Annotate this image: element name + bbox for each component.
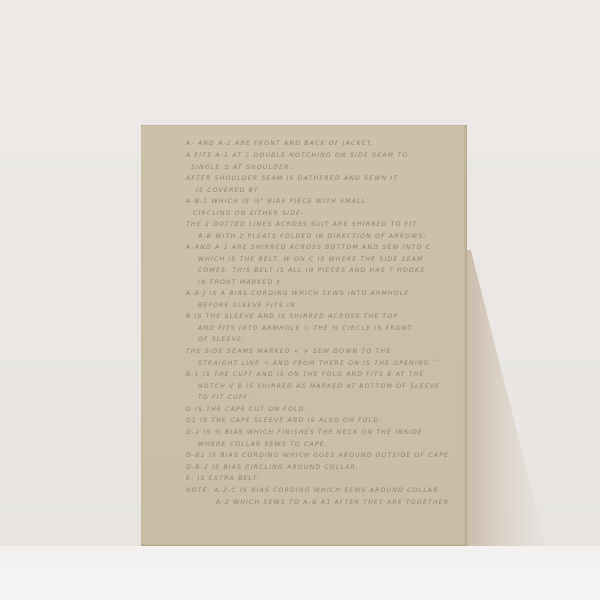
text-line: D IS THE CAPE CUT ON FOLD.: [186, 406, 308, 414]
text-line: D-B-2 IS BIAS CIRCLING AROUND COLLAR.: [186, 464, 359, 472]
text-line: WHERE COLLAR SEWS TO CAPE.: [198, 441, 328, 449]
floor-surface: [0, 546, 600, 600]
text-line: AND FITS INTO ARMHOLE ⊃ THE ½ CIRCLE IS …: [198, 325, 413, 333]
text-line: THE SIDE SEAMS MARKED < > SEW DOWN TO TH…: [186, 348, 391, 356]
handwritten-instruction-sheet: A- AND A-1 ARE FRONT AND BACK OF JACKET.…: [141, 125, 467, 546]
text-line: A-B-1 WHICH IS ½" BIAS PIECE WITH SMALL: [186, 198, 366, 206]
text-line: D1 IS THE CAPE SLEEVE AND IS ALSO ON FOL…: [186, 417, 383, 425]
text-line: A FITS A-1 AT Ξ DOUBLE NOTCHING ON SIDE …: [186, 152, 408, 160]
text-line: A-2 WHICH SEWS TO A-& A1 AFTER THEY ARE …: [216, 499, 449, 507]
text-line: B-1 IS THE CUFF AND IS ON THE FOLD AND F…: [186, 371, 424, 379]
text-line: AFTER SHOULDER SEAM IS GATHERED AND SEWN…: [186, 175, 398, 183]
text-line: COMES. THIS BELT IS ALL IN PIECES AND HA…: [198, 267, 425, 275]
text-line: A-AND A-1 ARE SHIRRED ACROSS BOTTOM AND …: [186, 244, 431, 252]
text-line: A- AND A-1 ARE FRONT AND BACK OF JACKET.: [186, 140, 374, 148]
text-line: NOTCH V B IS SHIRRED AS MARKED AT BOTTOM…: [198, 383, 440, 391]
text-line: STRAIGHT LINE ⊣ AND FROM THERE ON IS THE…: [198, 360, 440, 368]
text-line: B IS THE SLEEVE AND IS SHIRRED ACROSS TH…: [186, 313, 398, 321]
text-line: BEFORE SLEEVE FITS IN.: [198, 302, 299, 310]
text-line: SINGLE ⊐ AT SHOULDER.: [191, 164, 293, 172]
text-line: OF SLEEVE.: [198, 336, 245, 344]
text-line: D-B1 IS BIAS CORDING WHICH GOES AROUND O…: [186, 452, 452, 460]
text-line: IN FRONT MARKED ‡: [198, 279, 281, 287]
text-line: E- IS EXTRA BELT-: [186, 475, 260, 483]
text-line: THE 2 DOTTED LINES ACROSS SUIT ARE SHIRR…: [186, 221, 417, 229]
text-line: TO FIT CUFF.: [198, 394, 251, 402]
text-line: WHICH IS THE BELT. W ON C IS WHERE THE S…: [198, 256, 423, 264]
text-line: A-B WITH 2 PLEATS FOLDED IN DIRECTION OF…: [198, 233, 427, 241]
text-line: CIRCLING ON EITHER SIDE-: [193, 210, 305, 218]
text-line: IS COVERED BY: [196, 187, 259, 195]
text-line: D-2 IS ½ BIAS WHICH FINISHES THE NECK ON…: [186, 429, 423, 437]
text-line: NOTE: A-2-C IS BIAS CORDING WHICH SEWS A…: [186, 487, 439, 495]
text-line: A-B-J IS A BIAS CORDING WHICH SEWS INTO …: [186, 290, 409, 298]
